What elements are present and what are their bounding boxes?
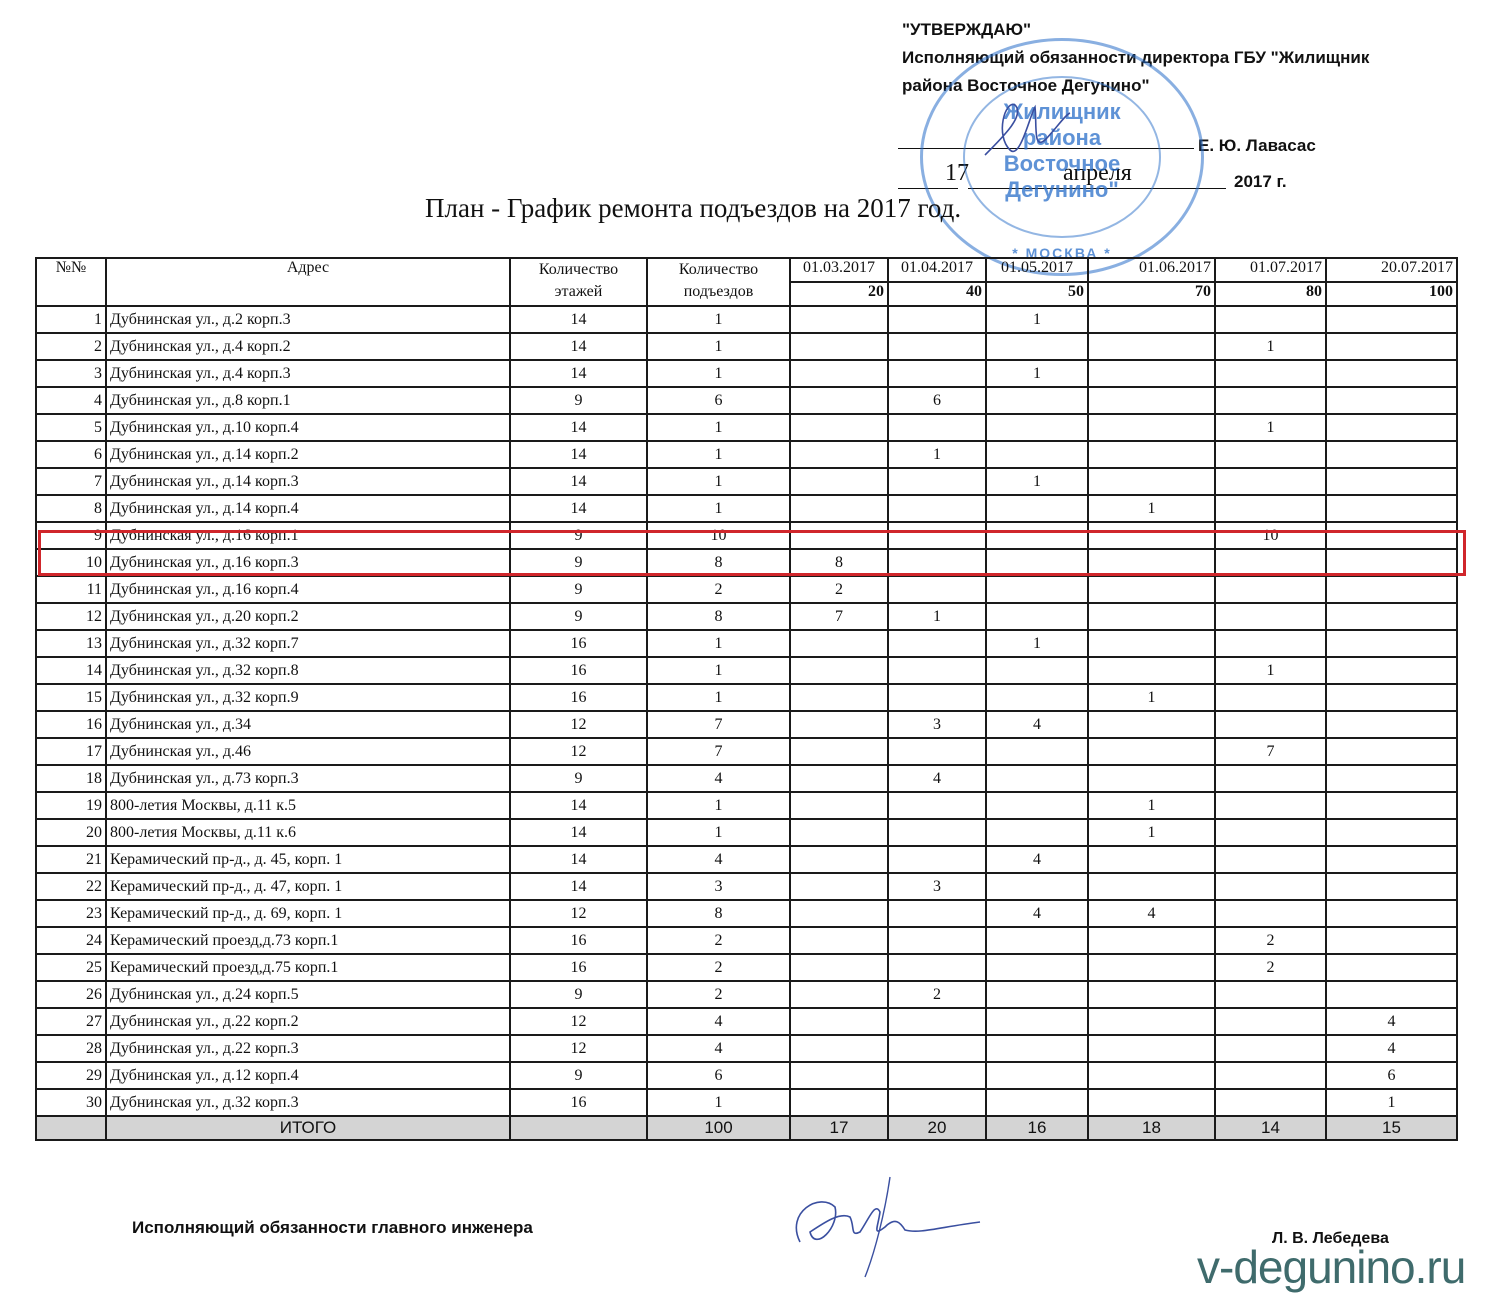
row-floors: 16: [510, 657, 647, 684]
table-row: 20800-летия Москвы, д.11 к.61411: [36, 819, 1457, 846]
row-schedule-cell: 1: [1088, 819, 1215, 846]
row-schedule-cell: [1326, 765, 1457, 792]
row-address: Дубнинская ул., д.24 корп.5: [106, 981, 510, 1008]
row-schedule-cell: [790, 495, 888, 522]
row-schedule-cell: [888, 684, 986, 711]
row-floors: 14: [510, 846, 647, 873]
total-sched: 16: [986, 1116, 1088, 1140]
row-schedule-cell: [1215, 576, 1326, 603]
row-entrances: 4: [647, 1035, 790, 1062]
row-address: Дубнинская ул., д.10 корп.4: [106, 414, 510, 441]
approval-heading: "УТВЕРЖДАЮ": [902, 16, 1369, 44]
row-schedule-cell: [1088, 1062, 1215, 1089]
row-number: 19: [36, 792, 106, 819]
row-schedule-cell: [1215, 981, 1326, 1008]
row-schedule-cell: 1: [986, 306, 1088, 333]
row-schedule-cell: [790, 792, 888, 819]
row-floors: 14: [510, 468, 647, 495]
col-header-floors: Количество этажей: [510, 258, 647, 306]
row-schedule-cell: [1326, 684, 1457, 711]
row-schedule-cell: 2: [790, 576, 888, 603]
row-schedule-cell: [1215, 1008, 1326, 1035]
row-schedule-cell: [790, 981, 888, 1008]
row-floors: 14: [510, 792, 647, 819]
table-row: 5Дубнинская ул., д.10 корп.41411: [36, 414, 1457, 441]
row-number: 22: [36, 873, 106, 900]
page-title: План - График ремонта подъездов на 2017 …: [425, 193, 961, 224]
row-schedule-cell: [790, 1062, 888, 1089]
row-entrances: 8: [647, 603, 790, 630]
total-sched: 17: [790, 1116, 888, 1140]
row-floors: 16: [510, 684, 647, 711]
row-schedule-cell: [790, 333, 888, 360]
row-schedule-cell: 4: [1326, 1008, 1457, 1035]
approval-position-line2: района Восточное Дегунино": [902, 72, 1369, 100]
col-header-date: 01.04.2017: [888, 258, 986, 282]
row-address: Дубнинская ул., д.32 корп.9: [106, 684, 510, 711]
col-header-address: Адрес: [106, 258, 510, 306]
row-schedule-cell: [1088, 414, 1215, 441]
table-row: 15Дубнинская ул., д.32 корп.91611: [36, 684, 1457, 711]
total-sched: 15: [1326, 1116, 1457, 1140]
col-header-percent: 20: [790, 282, 888, 306]
row-schedule-cell: [888, 414, 986, 441]
table-row: 17Дубнинская ул., д.461277: [36, 738, 1457, 765]
row-entrances: 1: [647, 792, 790, 819]
col-header-date: 01.03.2017: [790, 258, 888, 282]
row-entrances: 4: [647, 765, 790, 792]
row-floors: 9: [510, 1062, 647, 1089]
row-schedule-cell: [986, 1089, 1088, 1116]
row-floors: 16: [510, 954, 647, 981]
director-signature: [975, 95, 1075, 175]
row-floors: 12: [510, 738, 647, 765]
row-number: 3: [36, 360, 106, 387]
row-schedule-cell: [790, 414, 888, 441]
row-schedule-cell: [888, 1062, 986, 1089]
row-schedule-cell: 4: [986, 846, 1088, 873]
total-floors: [510, 1116, 647, 1140]
row-schedule-cell: [986, 765, 1088, 792]
row-schedule-cell: [888, 900, 986, 927]
row-address: 800-летия Москвы, д.11 к.6: [106, 819, 510, 846]
total-sched: 14: [1215, 1116, 1326, 1140]
row-number: 12: [36, 603, 106, 630]
total-num-cell: [36, 1116, 106, 1140]
col-header-entrances: Количество подъездов: [647, 258, 790, 306]
row-schedule-cell: [1088, 846, 1215, 873]
col-header-num: №№: [36, 258, 106, 306]
row-entrances: 1: [647, 1089, 790, 1116]
row-schedule-cell: [1326, 657, 1457, 684]
row-address: Дубнинская ул., д.20 корп.2: [106, 603, 510, 630]
row-entrances: 1: [647, 819, 790, 846]
row-entrances: 1: [647, 684, 790, 711]
row-floors: 9: [510, 603, 647, 630]
row-floors: 12: [510, 1008, 647, 1035]
row-schedule-cell: [790, 954, 888, 981]
row-schedule-cell: [986, 927, 1088, 954]
row-entrances: 1: [647, 414, 790, 441]
row-schedule-cell: [1326, 603, 1457, 630]
row-schedule-cell: [888, 819, 986, 846]
row-schedule-cell: [790, 441, 888, 468]
row-schedule-cell: 7: [1215, 738, 1326, 765]
row-schedule-cell: [986, 792, 1088, 819]
row-floors: 9: [510, 765, 647, 792]
row-schedule-cell: [986, 1008, 1088, 1035]
row-schedule-cell: [986, 684, 1088, 711]
row-schedule-cell: [986, 873, 1088, 900]
table-row: 27Дубнинская ул., д.22 корп.21244: [36, 1008, 1457, 1035]
row-schedule-cell: 1: [1088, 684, 1215, 711]
table-row: 30Дубнинская ул., д.32 корп.31611: [36, 1089, 1457, 1116]
row-floors: 12: [510, 900, 647, 927]
row-schedule-cell: [790, 306, 888, 333]
row-schedule-cell: 1: [888, 441, 986, 468]
row-schedule-cell: [1088, 441, 1215, 468]
row-schedule-cell: [1088, 1089, 1215, 1116]
row-floors: 14: [510, 441, 647, 468]
table-row: 11Дубнинская ул., д.16 корп.4922: [36, 576, 1457, 603]
row-number: 16: [36, 711, 106, 738]
row-entrances: 1: [647, 495, 790, 522]
row-schedule-cell: [1326, 792, 1457, 819]
row-number: 28: [36, 1035, 106, 1062]
row-floors: 14: [510, 495, 647, 522]
row-address: Дубнинская ул., д.14 корп.4: [106, 495, 510, 522]
row-schedule-cell: [1088, 873, 1215, 900]
row-schedule-cell: [790, 927, 888, 954]
row-schedule-cell: [790, 630, 888, 657]
row-number: 13: [36, 630, 106, 657]
row-address: 800-летия Москвы, д.11 к.5: [106, 792, 510, 819]
total-sched: 20: [888, 1116, 986, 1140]
row-address: Дубнинская ул., д.73 корп.3: [106, 765, 510, 792]
row-schedule-cell: [1215, 900, 1326, 927]
col-header-date: 01.07.2017: [1215, 258, 1326, 282]
row-schedule-cell: 2: [1215, 927, 1326, 954]
row-schedule-cell: [986, 576, 1088, 603]
row-entrances: 1: [647, 333, 790, 360]
total-entrances: 100: [647, 1116, 790, 1140]
repair-schedule-table: №№ Адрес Количество этажей Количество по…: [35, 257, 1458, 1141]
row-number: 23: [36, 900, 106, 927]
row-number: 14: [36, 657, 106, 684]
row-schedule-cell: [1088, 765, 1215, 792]
row-schedule-cell: 2: [888, 981, 986, 1008]
row-schedule-cell: [986, 819, 1088, 846]
row-floors: 16: [510, 927, 647, 954]
row-schedule-cell: [986, 1062, 1088, 1089]
row-schedule-cell: [1215, 1035, 1326, 1062]
row-schedule-cell: [790, 468, 888, 495]
row-schedule-cell: [986, 414, 1088, 441]
header-row-dates: №№ Адрес Количество этажей Количество по…: [36, 258, 1457, 282]
row-address: Дубнинская ул., д.12 корп.4: [106, 1062, 510, 1089]
row-schedule-cell: [1326, 306, 1457, 333]
row-schedule-cell: [1326, 333, 1457, 360]
row-schedule-cell: [986, 495, 1088, 522]
row-schedule-cell: [790, 1008, 888, 1035]
row-number: 26: [36, 981, 106, 1008]
row-schedule-cell: [986, 387, 1088, 414]
row-floors: 16: [510, 630, 647, 657]
row-schedule-cell: [1326, 360, 1457, 387]
row-number: 7: [36, 468, 106, 495]
row-schedule-cell: [790, 900, 888, 927]
table-row: 13Дубнинская ул., д.32 корп.71611: [36, 630, 1457, 657]
row-schedule-cell: [790, 873, 888, 900]
row-schedule-cell: [1215, 603, 1326, 630]
table-row: 14Дубнинская ул., д.32 корп.81611: [36, 657, 1457, 684]
row-floors: 12: [510, 711, 647, 738]
row-address: Дубнинская ул., д.4 корп.3: [106, 360, 510, 387]
row-schedule-cell: [1326, 441, 1457, 468]
row-floors: 16: [510, 1089, 647, 1116]
row-schedule-cell: [1215, 1089, 1326, 1116]
row-entrances: 4: [647, 1008, 790, 1035]
row-entrances: 1: [647, 468, 790, 495]
row-schedule-cell: [1088, 981, 1215, 1008]
row-schedule-cell: [888, 792, 986, 819]
row-floors: 9: [510, 576, 647, 603]
table-row: 4Дубнинская ул., д.8 корп.1966: [36, 387, 1457, 414]
row-number: 1: [36, 306, 106, 333]
row-schedule-cell: [790, 1089, 888, 1116]
table-row: 29Дубнинская ул., д.12 корп.4966: [36, 1062, 1457, 1089]
row-schedule-cell: [790, 657, 888, 684]
row-schedule-cell: [1326, 846, 1457, 873]
row-schedule-cell: [1088, 927, 1215, 954]
row-schedule-cell: [1088, 1008, 1215, 1035]
table-row: 6Дубнинская ул., д.14 корп.21411: [36, 441, 1457, 468]
col-header-date: 01.06.2017: [1088, 258, 1215, 282]
row-address: Дубнинская ул., д.14 корп.3: [106, 468, 510, 495]
approval-year: 2017 г.: [1234, 172, 1287, 192]
row-schedule-cell: [888, 468, 986, 495]
row-schedule-cell: 3: [888, 873, 986, 900]
row-schedule-cell: 4: [1326, 1035, 1457, 1062]
row-schedule-cell: [1326, 873, 1457, 900]
row-schedule-cell: [1215, 873, 1326, 900]
row-schedule-cell: [1088, 738, 1215, 765]
row-schedule-cell: [1215, 765, 1326, 792]
row-address: Дубнинская ул., д.34: [106, 711, 510, 738]
row-address: Дубнинская ул., д.2 корп.3: [106, 306, 510, 333]
row-schedule-cell: [1326, 711, 1457, 738]
row-schedule-cell: [888, 333, 986, 360]
row-address: Керамический проезд,д.73 корп.1: [106, 927, 510, 954]
row-address: Дубнинская ул., д.32 корп.3: [106, 1089, 510, 1116]
col-header-percent: 80: [1215, 282, 1326, 306]
row-schedule-cell: [1326, 738, 1457, 765]
row-number: 6: [36, 441, 106, 468]
row-schedule-cell: 4: [888, 765, 986, 792]
table-row: 25Керамический проезд,д.75 корп.11622: [36, 954, 1457, 981]
row-floors: 9: [510, 387, 647, 414]
approval-signatory: Е. Ю. Лавасас: [1198, 136, 1316, 156]
row-floors: 14: [510, 333, 647, 360]
row-schedule-cell: 1: [1088, 792, 1215, 819]
row-number: 20: [36, 819, 106, 846]
row-schedule-cell: [1088, 333, 1215, 360]
table-row: 28Дубнинская ул., д.22 корп.31244: [36, 1035, 1457, 1062]
row-schedule-cell: [888, 630, 986, 657]
row-address: Дубнинская ул., д.4 корп.2: [106, 333, 510, 360]
row-floors: 9: [510, 981, 647, 1008]
row-entrances: 1: [647, 306, 790, 333]
col-header-percent: 50: [986, 282, 1088, 306]
table-row: 3Дубнинская ул., д.4 корп.31411: [36, 360, 1457, 387]
table-row: 7Дубнинская ул., д.14 корп.31411: [36, 468, 1457, 495]
row-entrances: 2: [647, 954, 790, 981]
row-schedule-cell: [1215, 468, 1326, 495]
row-schedule-cell: [888, 576, 986, 603]
row-number: 4: [36, 387, 106, 414]
row-schedule-cell: 1: [1215, 333, 1326, 360]
row-schedule-cell: [888, 360, 986, 387]
row-schedule-cell: [1326, 954, 1457, 981]
row-schedule-cell: 1: [1215, 414, 1326, 441]
row-entrances: 1: [647, 360, 790, 387]
row-schedule-cell: 6: [888, 387, 986, 414]
row-schedule-cell: [888, 657, 986, 684]
row-entrances: 8: [647, 900, 790, 927]
col-header-percent: 40: [888, 282, 986, 306]
site-watermark: v-degunino.ru: [1197, 1240, 1465, 1294]
row-entrances: 2: [647, 981, 790, 1008]
row-schedule-cell: 4: [986, 900, 1088, 927]
row-number: 17: [36, 738, 106, 765]
row-schedule-cell: 1: [986, 468, 1088, 495]
row-schedule-cell: [1088, 468, 1215, 495]
row-schedule-cell: [888, 1089, 986, 1116]
table-row: 18Дубнинская ул., д.73 корп.3944: [36, 765, 1457, 792]
row-schedule-cell: [1215, 360, 1326, 387]
row-schedule-cell: [790, 846, 888, 873]
month-line: [968, 188, 1226, 189]
row-entrances: 7: [647, 738, 790, 765]
row-floors: 14: [510, 414, 647, 441]
row-floors: 14: [510, 873, 647, 900]
row-schedule-cell: [1326, 576, 1457, 603]
row-number: 11: [36, 576, 106, 603]
row-schedule-cell: [1326, 927, 1457, 954]
row-entrances: 6: [647, 387, 790, 414]
row-entrances: 1: [647, 657, 790, 684]
row-address: Дубнинская ул., д.16 корп.4: [106, 576, 510, 603]
col-header-date: 20.07.2017: [1326, 258, 1457, 282]
row-entrances: 6: [647, 1062, 790, 1089]
row-entrances: 4: [647, 846, 790, 873]
row-schedule-cell: [986, 603, 1088, 630]
row-address: Дубнинская ул., д.32 корп.7: [106, 630, 510, 657]
row-schedule-cell: [1215, 630, 1326, 657]
total-label: ИТОГО: [106, 1116, 510, 1140]
row-number: 29: [36, 1062, 106, 1089]
row-address: Дубнинская ул., д.32 корп.8: [106, 657, 510, 684]
approval-block: "УТВЕРЖДАЮ" Исполняющий обязанности дире…: [902, 16, 1369, 100]
row-entrances: 1: [647, 441, 790, 468]
table-row: 26Дубнинская ул., д.24 корп.5922: [36, 981, 1457, 1008]
row-schedule-cell: [1215, 1062, 1326, 1089]
row-schedule-cell: [1088, 711, 1215, 738]
footer-role: Исполняющий обязанности главного инженер…: [132, 1218, 533, 1238]
row-schedule-cell: 1: [986, 630, 1088, 657]
table-row: 19800-летия Москвы, д.11 к.51411: [36, 792, 1457, 819]
total-row: ИТОГО 100 17 20 16 18 14 15: [36, 1116, 1457, 1140]
row-address: Керамический пр-д., д. 69, корп. 1: [106, 900, 510, 927]
row-number: 2: [36, 333, 106, 360]
row-schedule-cell: [790, 819, 888, 846]
highlight-box: [38, 530, 1466, 576]
row-floors: 14: [510, 819, 647, 846]
row-schedule-cell: [986, 954, 1088, 981]
table-row: 22Керамический пр-д., д. 47, корп. 11433: [36, 873, 1457, 900]
table-row: 2Дубнинская ул., д.4 корп.21411: [36, 333, 1457, 360]
table-row: 21Керамический пр-д., д. 45, корп. 11444: [36, 846, 1457, 873]
row-address: Дубнинская ул., д.22 корп.2: [106, 1008, 510, 1035]
row-schedule-cell: [1326, 414, 1457, 441]
row-schedule-cell: [1088, 306, 1215, 333]
approval-position-line1: Исполняющий обязанности директора ГБУ "Ж…: [902, 44, 1369, 72]
row-schedule-cell: [1088, 360, 1215, 387]
row-schedule-cell: [1326, 387, 1457, 414]
row-floors: 12: [510, 1035, 647, 1062]
row-schedule-cell: [790, 1035, 888, 1062]
row-schedule-cell: [1215, 819, 1326, 846]
row-floors: 14: [510, 360, 647, 387]
table-row: 24Керамический проезд,д.73 корп.11622: [36, 927, 1457, 954]
row-schedule-cell: [1088, 603, 1215, 630]
row-number: 30: [36, 1089, 106, 1116]
row-schedule-cell: [790, 765, 888, 792]
row-schedule-cell: 1: [888, 603, 986, 630]
row-schedule-cell: [1088, 657, 1215, 684]
row-schedule-cell: [790, 387, 888, 414]
row-schedule-cell: [1088, 387, 1215, 414]
row-schedule-cell: [986, 333, 1088, 360]
row-address: Дубнинская ул., д.46: [106, 738, 510, 765]
row-number: 15: [36, 684, 106, 711]
row-address: Керамический пр-д., д. 45, корп. 1: [106, 846, 510, 873]
table-row: 1Дубнинская ул., д.2 корп.31411: [36, 306, 1457, 333]
row-schedule-cell: [1215, 846, 1326, 873]
row-schedule-cell: [1215, 306, 1326, 333]
row-schedule-cell: 1: [1088, 495, 1215, 522]
row-schedule-cell: [888, 846, 986, 873]
row-entrances: 1: [647, 630, 790, 657]
row-entrances: 7: [647, 711, 790, 738]
table-body: 1Дубнинская ул., д.2 корп.314112Дубнинск…: [36, 306, 1457, 1116]
row-address: Дубнинская ул., д.14 корп.2: [106, 441, 510, 468]
row-schedule-cell: [1088, 576, 1215, 603]
row-number: 21: [36, 846, 106, 873]
row-schedule-cell: 7: [790, 603, 888, 630]
col-header-percent: 70: [1088, 282, 1215, 306]
row-schedule-cell: [1326, 468, 1457, 495]
row-schedule-cell: [986, 657, 1088, 684]
row-schedule-cell: [986, 738, 1088, 765]
row-schedule-cell: [1326, 981, 1457, 1008]
row-schedule-cell: [888, 1008, 986, 1035]
table-row: 12Дубнинская ул., д.20 корп.29871: [36, 603, 1457, 630]
row-schedule-cell: [1326, 630, 1457, 657]
row-schedule-cell: [1088, 630, 1215, 657]
row-schedule-cell: [1088, 954, 1215, 981]
row-schedule-cell: [888, 495, 986, 522]
